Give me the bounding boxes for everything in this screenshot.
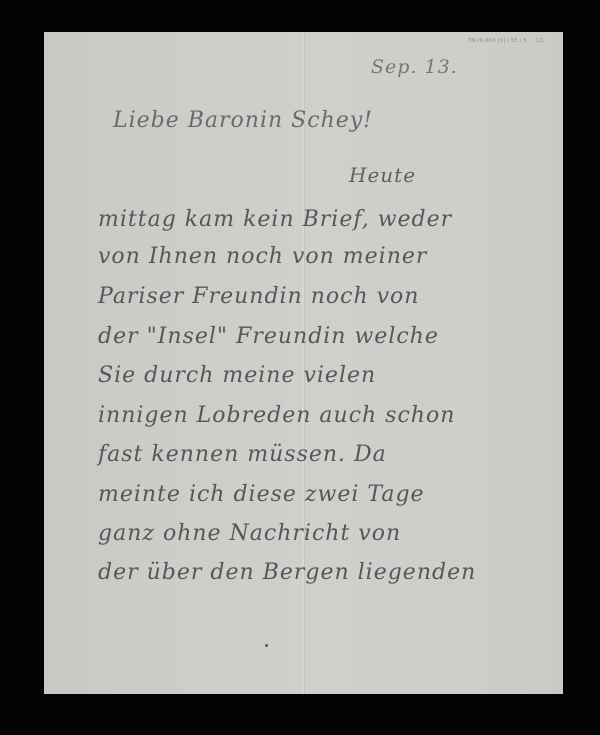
letter-line: der über den Bergen liegenden [98, 562, 476, 584]
ink-dot [265, 644, 268, 647]
letter-line: innigen Lobreden auch schon [98, 405, 455, 427]
page-number-mark: 1/1 [536, 38, 544, 44]
letter-line: Pariser Freundin noch von [98, 286, 419, 308]
letter-line: Heute [349, 165, 416, 185]
archive-reference-mark: TM-ID-XXX [5] / 55 / 5 [468, 38, 527, 44]
letter-line: von Ihnen noch von meiner [98, 246, 427, 268]
letter-date: Sep. 13. [371, 58, 458, 77]
letter-line: der "Insel" Freundin welche [98, 326, 439, 348]
letter-line: ganz ohne Nachricht von [98, 523, 401, 545]
letter-page: TM-ID-XXX [5] / 55 / 5 1/1 Sep. 13. Lieb… [44, 32, 563, 694]
letter-line: meinte ich diese zwei Tage [98, 484, 425, 506]
letter-salutation: Liebe Baronin Schey! [113, 110, 373, 132]
letter-line: fast kennen müssen. Da [98, 444, 387, 466]
letter-line: mittag kam kein Brief, weder [98, 209, 452, 231]
letter-line: Sie durch meine vielen [98, 365, 376, 387]
